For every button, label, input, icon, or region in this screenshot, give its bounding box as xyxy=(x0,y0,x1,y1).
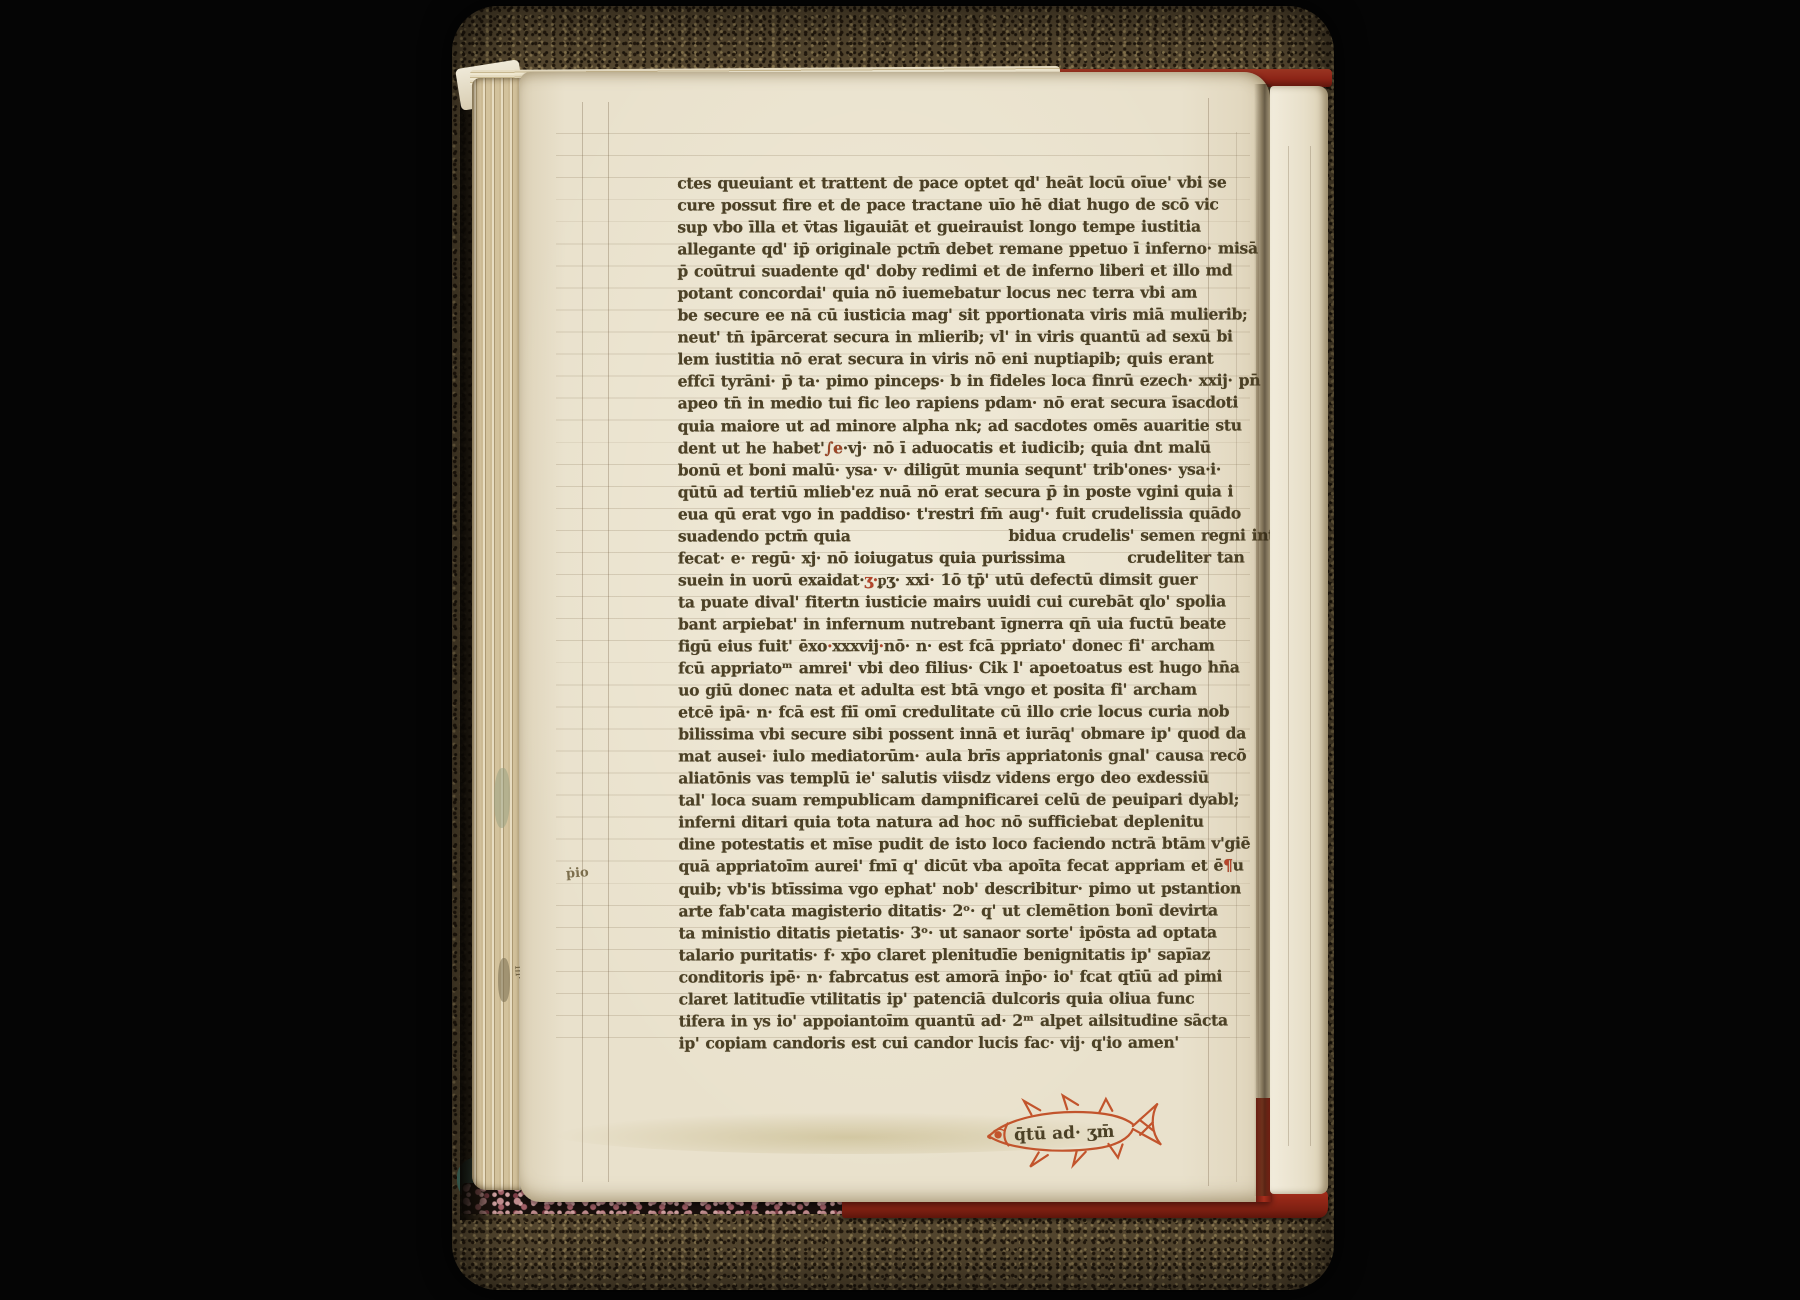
text-line: claret latitudīe vtilitatis ip' patenciā… xyxy=(679,987,1231,1010)
text-line: suadendo pctm̄ quiabidua crudelis' semen… xyxy=(678,524,1230,547)
vertical-ruling-line xyxy=(1310,146,1311,1146)
text-block: ctes queuiant et trattent de pace optet … xyxy=(677,172,1231,1055)
photo-background: ıṅ· ṗio ctes queuiant et trattent de pac… xyxy=(0,0,1800,1300)
text-line: aliatōnis vas templū ie' salutis viisdz … xyxy=(678,767,1230,790)
text-line: arte fab'cata magisterio ditatis· 2ᵒ· q'… xyxy=(679,899,1231,922)
fore-edge-flake xyxy=(494,768,510,828)
text-line: suein in uorū exaidat· ʒ· ᵱʒ· xxi· 1ō tp… xyxy=(678,568,1230,591)
manuscript-page: ṗio ctes queuiant et trattent de pace op… xyxy=(520,72,1270,1202)
text-line: dent ut he habet' ∫e·vj· nō ī aduocatis … xyxy=(678,436,1230,459)
fore-edge-flake xyxy=(498,958,510,1002)
next-page-sliver xyxy=(1270,86,1328,1194)
text-line: neut' tn̄ ipārcerat secura in mlierib; v… xyxy=(678,326,1230,349)
text-line: ctes queuiant et trattent de pace optet … xyxy=(677,172,1229,195)
text-line: mat ausei· iulo mediatorūm· aula brīs ap… xyxy=(678,745,1230,768)
text-line: be secure ee nā cū iusticia mag' sit ppo… xyxy=(677,304,1229,327)
text-line: bilissima vbi secure sibi possent innā e… xyxy=(678,723,1230,746)
text-line: ip' copiam candoris est cui candor lucis… xyxy=(679,1031,1231,1054)
text-line: bonū et boni malū· ysa· v· diligūt munia… xyxy=(678,458,1230,481)
text-line: qūtū ad tertiū mlieb'ez nuā nō erat secu… xyxy=(678,480,1230,503)
text-line: fecat· e· regū· xj· nō ioiugatus quia pu… xyxy=(678,546,1230,569)
vertical-ruling-line xyxy=(582,102,583,1182)
catchword-text: q̄tū ad· ʒm̄ xyxy=(1014,1122,1115,1145)
text-line: apeo tn̄ in medio tui fic leo rapiens pd… xyxy=(678,392,1230,415)
fish-catchword-drawing: q̄tū ad· ʒm̄ xyxy=(979,1085,1178,1178)
text-line: figū eius fuit' ēxo·xxxvij· nō· n· est f… xyxy=(678,635,1230,658)
text-line: tifera in ys io' appoiantoīm quantū ad· … xyxy=(679,1009,1231,1032)
text-line: bant arpiebat' in infernum nutrebant īgn… xyxy=(678,612,1230,635)
text-line: p̄ coūtrui suadente qd' doby redimi et d… xyxy=(677,260,1229,283)
text-line: quib; vb'is btīssima vgo ephat' nob' des… xyxy=(678,877,1230,900)
text-line: talario puritatis· f· xp̄o claret plenit… xyxy=(679,943,1231,966)
text-line: fcū appriatoᵐ amrei' vbi deo filius· Cik… xyxy=(678,657,1230,680)
text-line: eua qū erat vgo in paddiso· t'restri fm̄… xyxy=(678,502,1230,525)
text-line: effcī tyrāni· p̄ ta· pimo pinceps· b in … xyxy=(678,370,1230,393)
text-line: etcē ipā· n· fcā est fiī omī credulitate… xyxy=(678,701,1230,724)
vertical-ruling-line xyxy=(608,102,609,1182)
text-line: conditoris ipē· n· fabrcatus est amorā i… xyxy=(679,965,1231,988)
text-line: ta ministio ditatis pietatis· 3ᵒ· ut san… xyxy=(679,921,1231,944)
vertical-ruling-line xyxy=(1288,146,1289,1146)
text-line: ta puate dival' fitertn iusticie mairs u… xyxy=(678,590,1230,613)
manuscript-book-cover: ıṅ· ṗio ctes queuiant et trattent de pac… xyxy=(452,6,1334,1290)
text-line: tal' loca suam rempublicam dampnificarei… xyxy=(678,789,1230,812)
text-line: quia maiore ut ad minore alpha nk; ad sa… xyxy=(678,414,1230,437)
margin-annotation: ṗio xyxy=(566,865,590,882)
text-line: cure possut fire et de pace tractane uīo… xyxy=(677,194,1229,217)
text-line: quā appriatoīm aurei' fmī q' dicūt vba a… xyxy=(678,855,1230,878)
text-line: sup vbo īlla et v̄tas ligauiāt et gueira… xyxy=(677,216,1229,239)
text-line: potant concordai' quia nō iuemebatur loc… xyxy=(677,282,1229,305)
text-line: inferni ditari quia tota natura ad hoc n… xyxy=(678,811,1230,834)
text-line: uo giū donec nata et adulta est btā vngo… xyxy=(678,679,1230,702)
text-line: lem iustitia nō erat secura in viris nō … xyxy=(678,348,1230,371)
text-line: allegante qd' ip̄ originale pctm̄ debet … xyxy=(677,238,1229,261)
text-line: dine potestatis et mīse pudit de isto lo… xyxy=(678,833,1230,856)
